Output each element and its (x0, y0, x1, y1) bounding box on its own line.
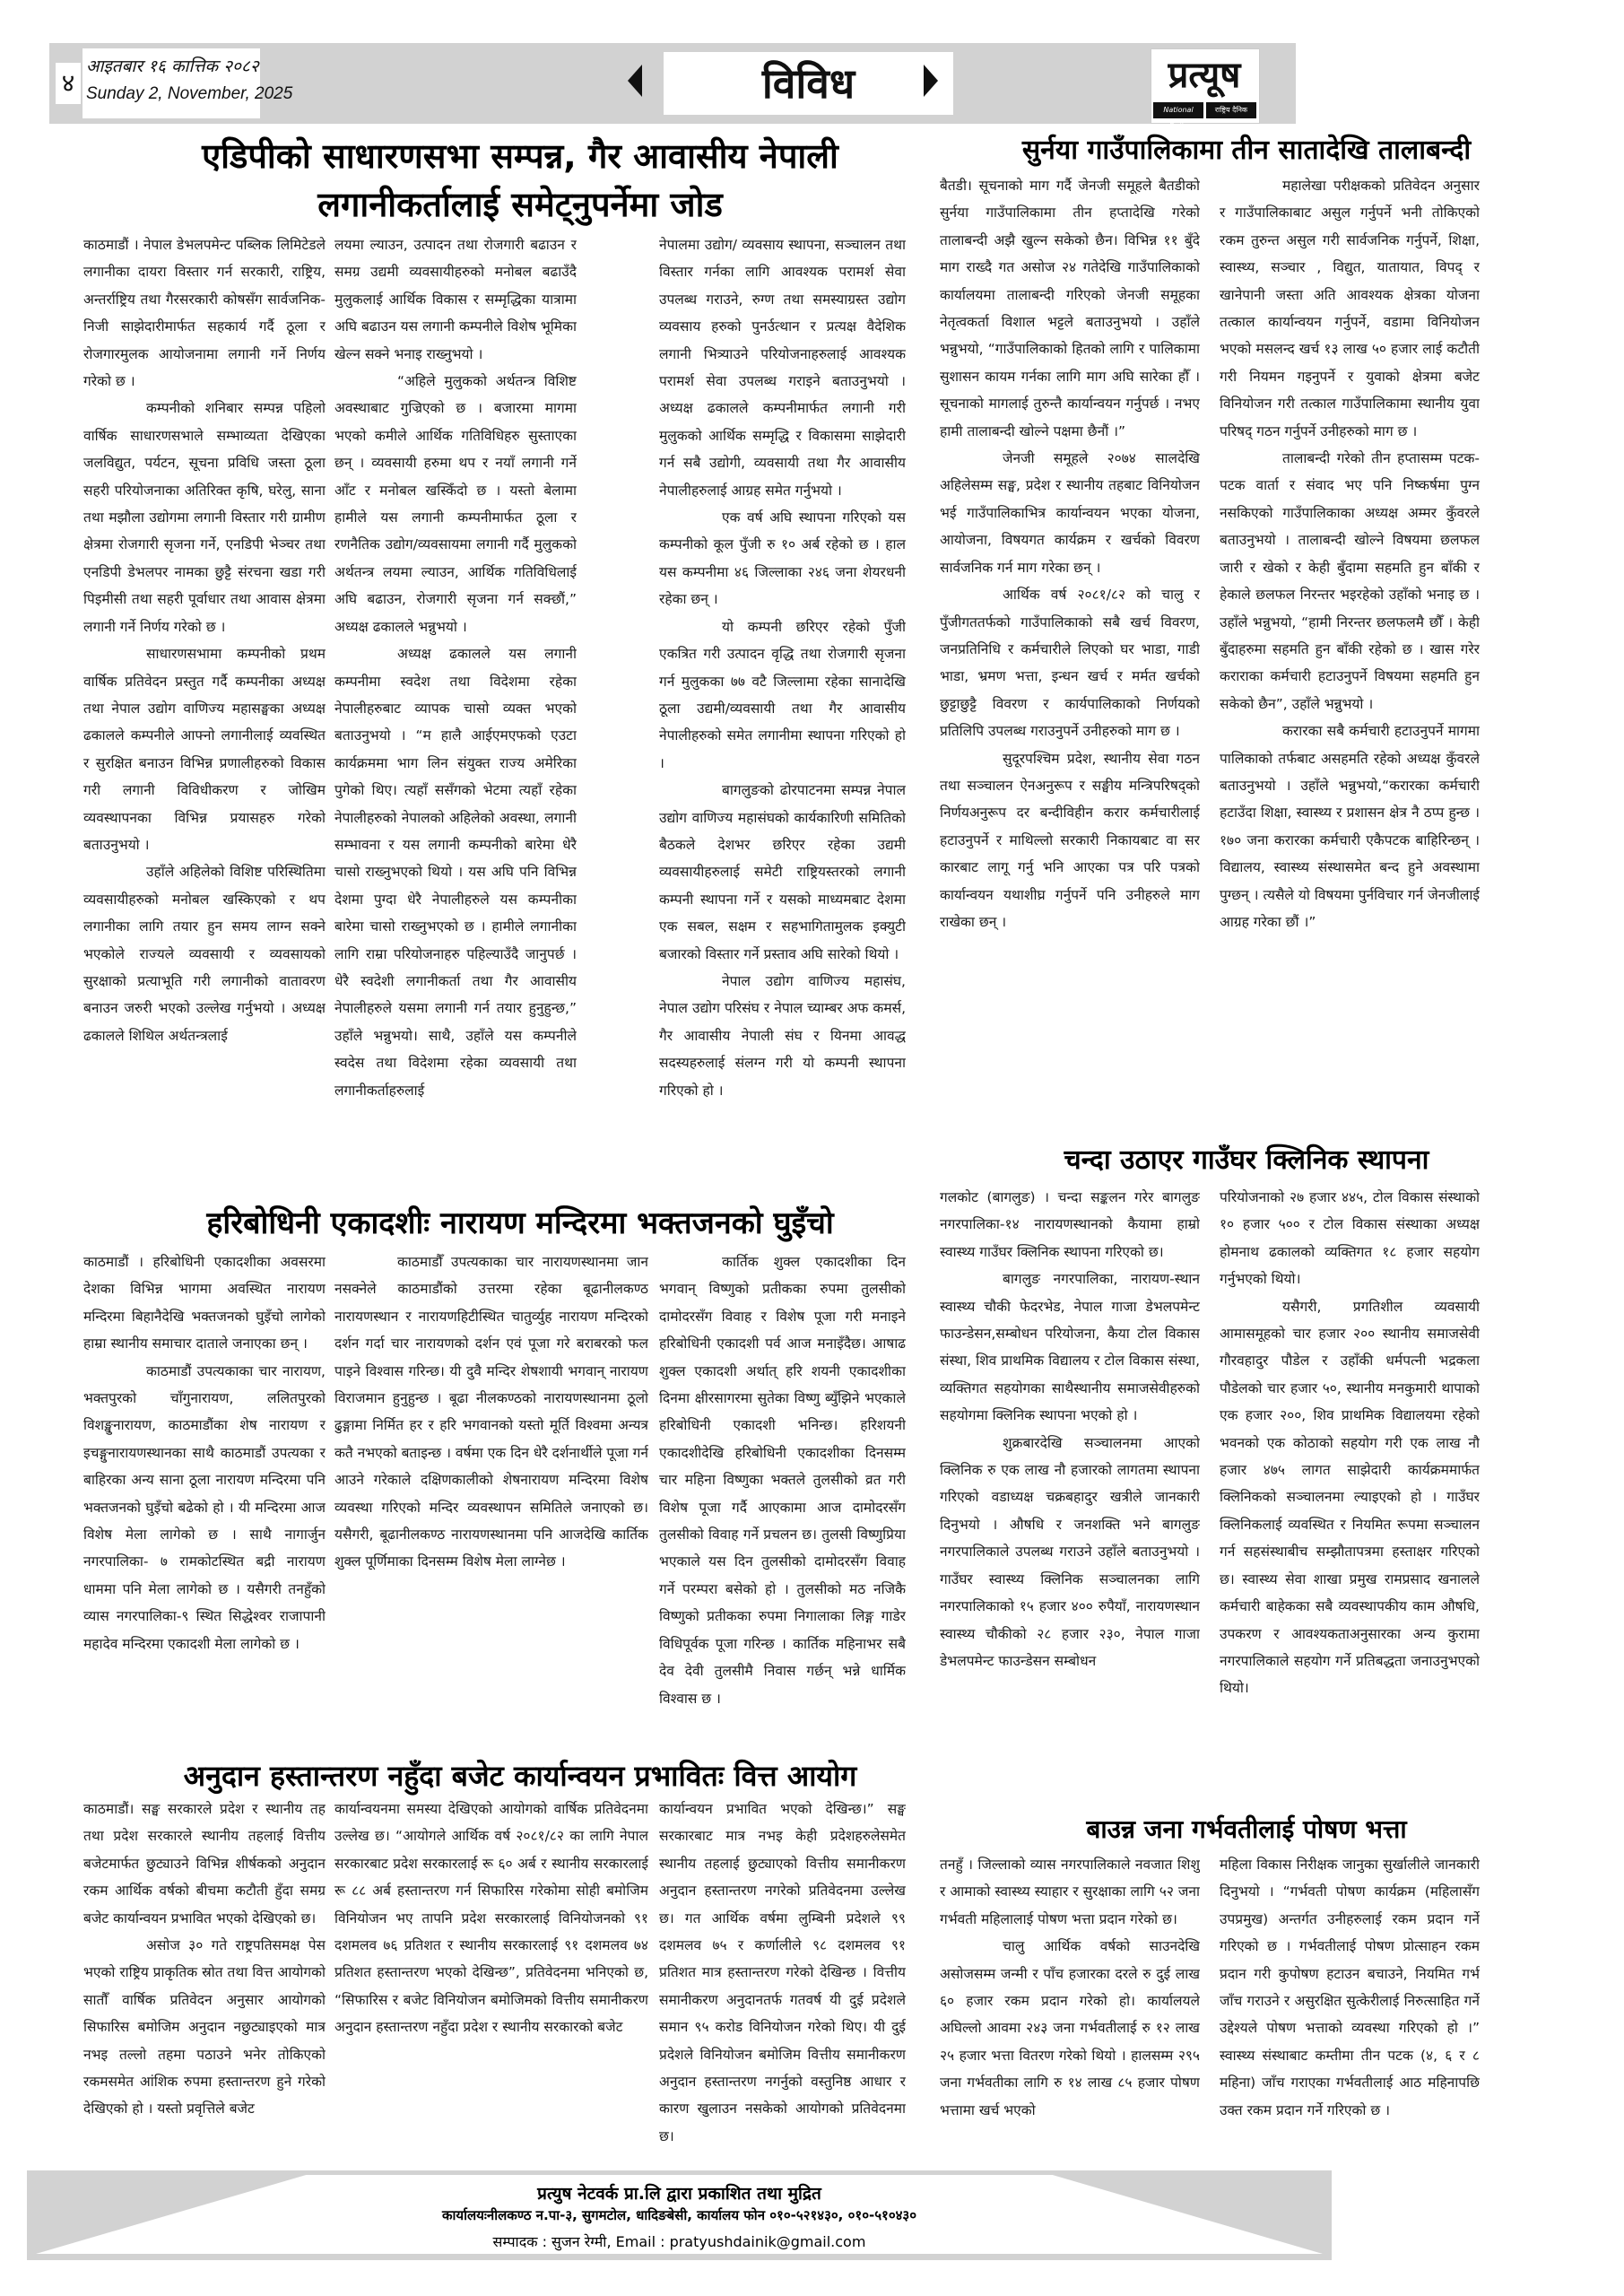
article-haribodhini-col3: कार्तिक शुक्ल एकादशीका दिन भगवान् विष्णु… (659, 1248, 906, 1733)
arrow-right-icon (924, 65, 938, 97)
article-adb-col2: लयमा ल्याउन, उत्पादन तथा रोजगारी बढाउन र… (334, 231, 577, 1155)
paragraph: जेनजी समूहले २०७४ सालदेखि अहिलेसम्म सङ्घ… (940, 445, 1200, 581)
section-title: विविध (664, 52, 953, 115)
footer-office: कार्यालयःनीलकण्ठ न.पा-३, सुगमटोल, धादिङब… (27, 2206, 1332, 2224)
paragraph: कार्तिक शुक्ल एकादशीका दिन भगवान् विष्णु… (659, 1248, 906, 1712)
paragraph: काठमाडौं उपत्यकाका चार नारायण, भक्तपुरको… (83, 1358, 326, 1657)
article-anudan-col2: कार्यान्वयनमा समस्या देखिएको आयोगको वार्… (334, 1796, 648, 2163)
paragraph: “अहिले मुलुकको अर्थतन्त्र विशिष्ट अवस्था… (334, 368, 577, 640)
paragraph: असोज ३० गते राष्ट्रपतिसमक्ष पेस भएको राष… (83, 1932, 326, 2123)
paragraph: परियोजनाको २७ हजार ४४५, टोल विकास संस्था… (1220, 1184, 1480, 1293)
paragraph: बागलुङ नगरपालिका, नारायण-स्थान स्वास्थ्य… (940, 1265, 1200, 1429)
paragraph: अध्यक्ष ढकालले यस लगानी कम्पनीमा स्वदेश … (334, 640, 577, 1104)
paragraph: महालेखा परीक्षकको प्रतिवेदन अनुसार र गाउ… (1220, 172, 1480, 445)
paragraph: करारका सबै कर्मचारी हटाउनुपर्ने मागमा पा… (1220, 717, 1480, 935)
paragraph: गलकोट (बागलुङ) । चन्दा सङ्कलन गरेर बागलु… (940, 1184, 1200, 1265)
headline-chanda: चन्दा उठाएर गाउँघर क्लिनिक स्थापना (933, 1141, 1560, 1180)
paragraph: यसैगरी, प्रगतिशील व्यवसायी आमासमूहको चार… (1220, 1293, 1480, 1702)
paragraph: तनहुँ । जिल्लाको व्यास नगरपालिकाले नवजात… (940, 1851, 1200, 1933)
logo-tag-nepali: राष्ट्रिय दैनिक (1206, 102, 1256, 118)
article-surnaya-col2: महालेखा परीक्षकको प्रतिवेदन अनुसार र गाउ… (1220, 172, 1480, 1114)
article-adb-col3: नेपालमा उद्योग/ व्यवसाय स्थापना, सञ्चालन… (659, 231, 906, 1155)
footer-publisher: प्रत्युष नेटवर्क प्रा.लि द्वारा प्रकाशित… (27, 2181, 1332, 2205)
paragraph: बागलुङको ढोरपाटनमा सम्पन्न नेपाल उद्योग … (659, 777, 906, 968)
paragraph: उहाँले अहिलेको विशिष्ट परिस्थितिमा व्यवस… (83, 858, 326, 1049)
date-english: Sunday 2, November, 2025 (86, 84, 292, 104)
logo-tag-english: National Daily (1153, 102, 1203, 118)
paragraph: काठमाडौं । नेपाल डेभलपमेन्ट पब्लिक लिमिट… (83, 231, 326, 395)
paragraph: कार्यान्वयन प्रभावित भएको देखिन्छ।” सङ्घ… (659, 1796, 906, 2150)
headline-bauanna: बाउन्न जना गर्भवतीलाई पोषण भत्ता (933, 1812, 1560, 1848)
article-haribodhini-col2: काठमाडौँ उपत्यकाका चार नारायणस्थानमा जान… (334, 1248, 648, 1733)
paragraph: कम्पनीको शनिबार सम्पन्न पहिलो वार्षिक सा… (83, 395, 326, 640)
paragraph: शुक्रबारदेखि सञ्चालनमा आएको क्लिनिक रु ए… (940, 1430, 1200, 1675)
paragraph: लयमा ल्याउन, उत्पादन तथा रोजगारी बढाउन र… (334, 231, 577, 368)
headline-anudan: अनुदान हस्तान्तरण नहुँदा बजेट कार्यान्वय… (135, 1756, 906, 1796)
date-nepali: आइतबार १६ कात्तिक २०८२ (86, 54, 259, 77)
headline-adb-line2: लगानीकर्तालाई समेट्नुपर्नेमा जोड (135, 181, 906, 228)
article-surnaya-col1: बैतडी। सूचनाको माग गर्दै जेनजी समूहले बै… (940, 172, 1200, 1114)
article-chanda-col1: गलकोट (बागलुङ) । चन्दा सङ्कलन गरेर बागलु… (940, 1184, 1200, 1803)
article-anudan-col1: काठमाडौं। सङ्घ सरकारले प्रदेश र स्थानीय … (83, 1796, 326, 2163)
paragraph: बैतडी। सूचनाको माग गर्दै जेनजी समूहले बै… (940, 172, 1200, 445)
paragraph: महिला विकास निरीक्षक जानुका सुर्खालीले ज… (1220, 1851, 1480, 2124)
paragraph: आर्थिक वर्ष २०८१/८२ को चालु र पुँजीगततर्… (940, 581, 1200, 744)
footer-editor: सम्पादक : सुजन रेग्मी, Email : pratyushd… (27, 2231, 1332, 2251)
paragraph: साधारणसभामा कम्पनीको प्रथम वार्षिक प्रति… (83, 640, 326, 858)
article-adb-col1: काठमाडौं । नेपाल डेभलपमेन्ट पब्लिक लिमिट… (83, 231, 326, 1155)
paragraph: तालाबन्दी गरेको तीन हप्तासम्म पटक-पटक वा… (1220, 445, 1480, 717)
paragraph: नेपालमा उद्योग/ व्यवसाय स्थापना, सञ्चालन… (659, 231, 906, 504)
page-number: ४ (56, 63, 81, 104)
headline-adb-line1: एडिपीको साधारणसभा सम्पन्न, गैर आवासीय ने… (135, 133, 906, 179)
paragraph: एक वर्ष अघि स्थापना गरिएको यस कम्पनीको क… (659, 504, 906, 613)
paragraph: नेपाल उद्योग वाणिज्य महासंघ, नेपाल उद्यो… (659, 968, 906, 1104)
article-bauanna-col2: महिला विकास निरीक्षक जानुका सुर्खालीले ज… (1220, 1851, 1480, 2165)
article-chanda-col2: परियोजनाको २७ हजार ४४५, टोल विकास संस्था… (1220, 1184, 1480, 1803)
paragraph: कार्यान्वयनमा समस्या देखिएको आयोगको वार्… (334, 1796, 648, 2041)
article-bauanna-col1: तनहुँ । जिल्लाको व्यास नगरपालिकाले नवजात… (940, 1851, 1200, 2165)
paragraph: यो कम्पनी छरिएर रहेको पुँजी एकत्रित गरी … (659, 613, 906, 777)
paragraph: काठमाडौं। सङ्घ सरकारले प्रदेश र स्थानीय … (83, 1796, 326, 1932)
paragraph: चालु आर्थिक वर्षको साउनदेखि असोजसम्म जन्… (940, 1933, 1200, 2124)
paragraph: काठमाडौं । हरिबोधिनी एकादशीका अवसरमा देश… (83, 1248, 326, 1358)
article-haribodhini-col1: काठमाडौं । हरिबोधिनी एकादशीका अवसरमा देश… (83, 1248, 326, 1733)
article-anudan-col3: कार्यान्वयन प्रभावित भएको देखिन्छ।” सङ्घ… (659, 1796, 906, 2163)
paragraph: सुदूरपश्चिम प्रदेश, स्थानीय सेवा गठन तथा… (940, 745, 1200, 936)
headline-haribodhini: हरिबोधिनी एकादशीः नारायण मन्दिरमा भक्तजन… (135, 1202, 906, 1245)
arrow-left-icon (628, 65, 642, 97)
headline-surnaya: सुर्नया गाउँपालिकामा तीन सातादेखि तालाबन… (933, 131, 1560, 170)
logo-wordmark: प्रत्यूष (1157, 50, 1252, 100)
paragraph: काठमाडौँ उपत्यकाका चार नारायणस्थानमा जान… (334, 1248, 648, 1576)
